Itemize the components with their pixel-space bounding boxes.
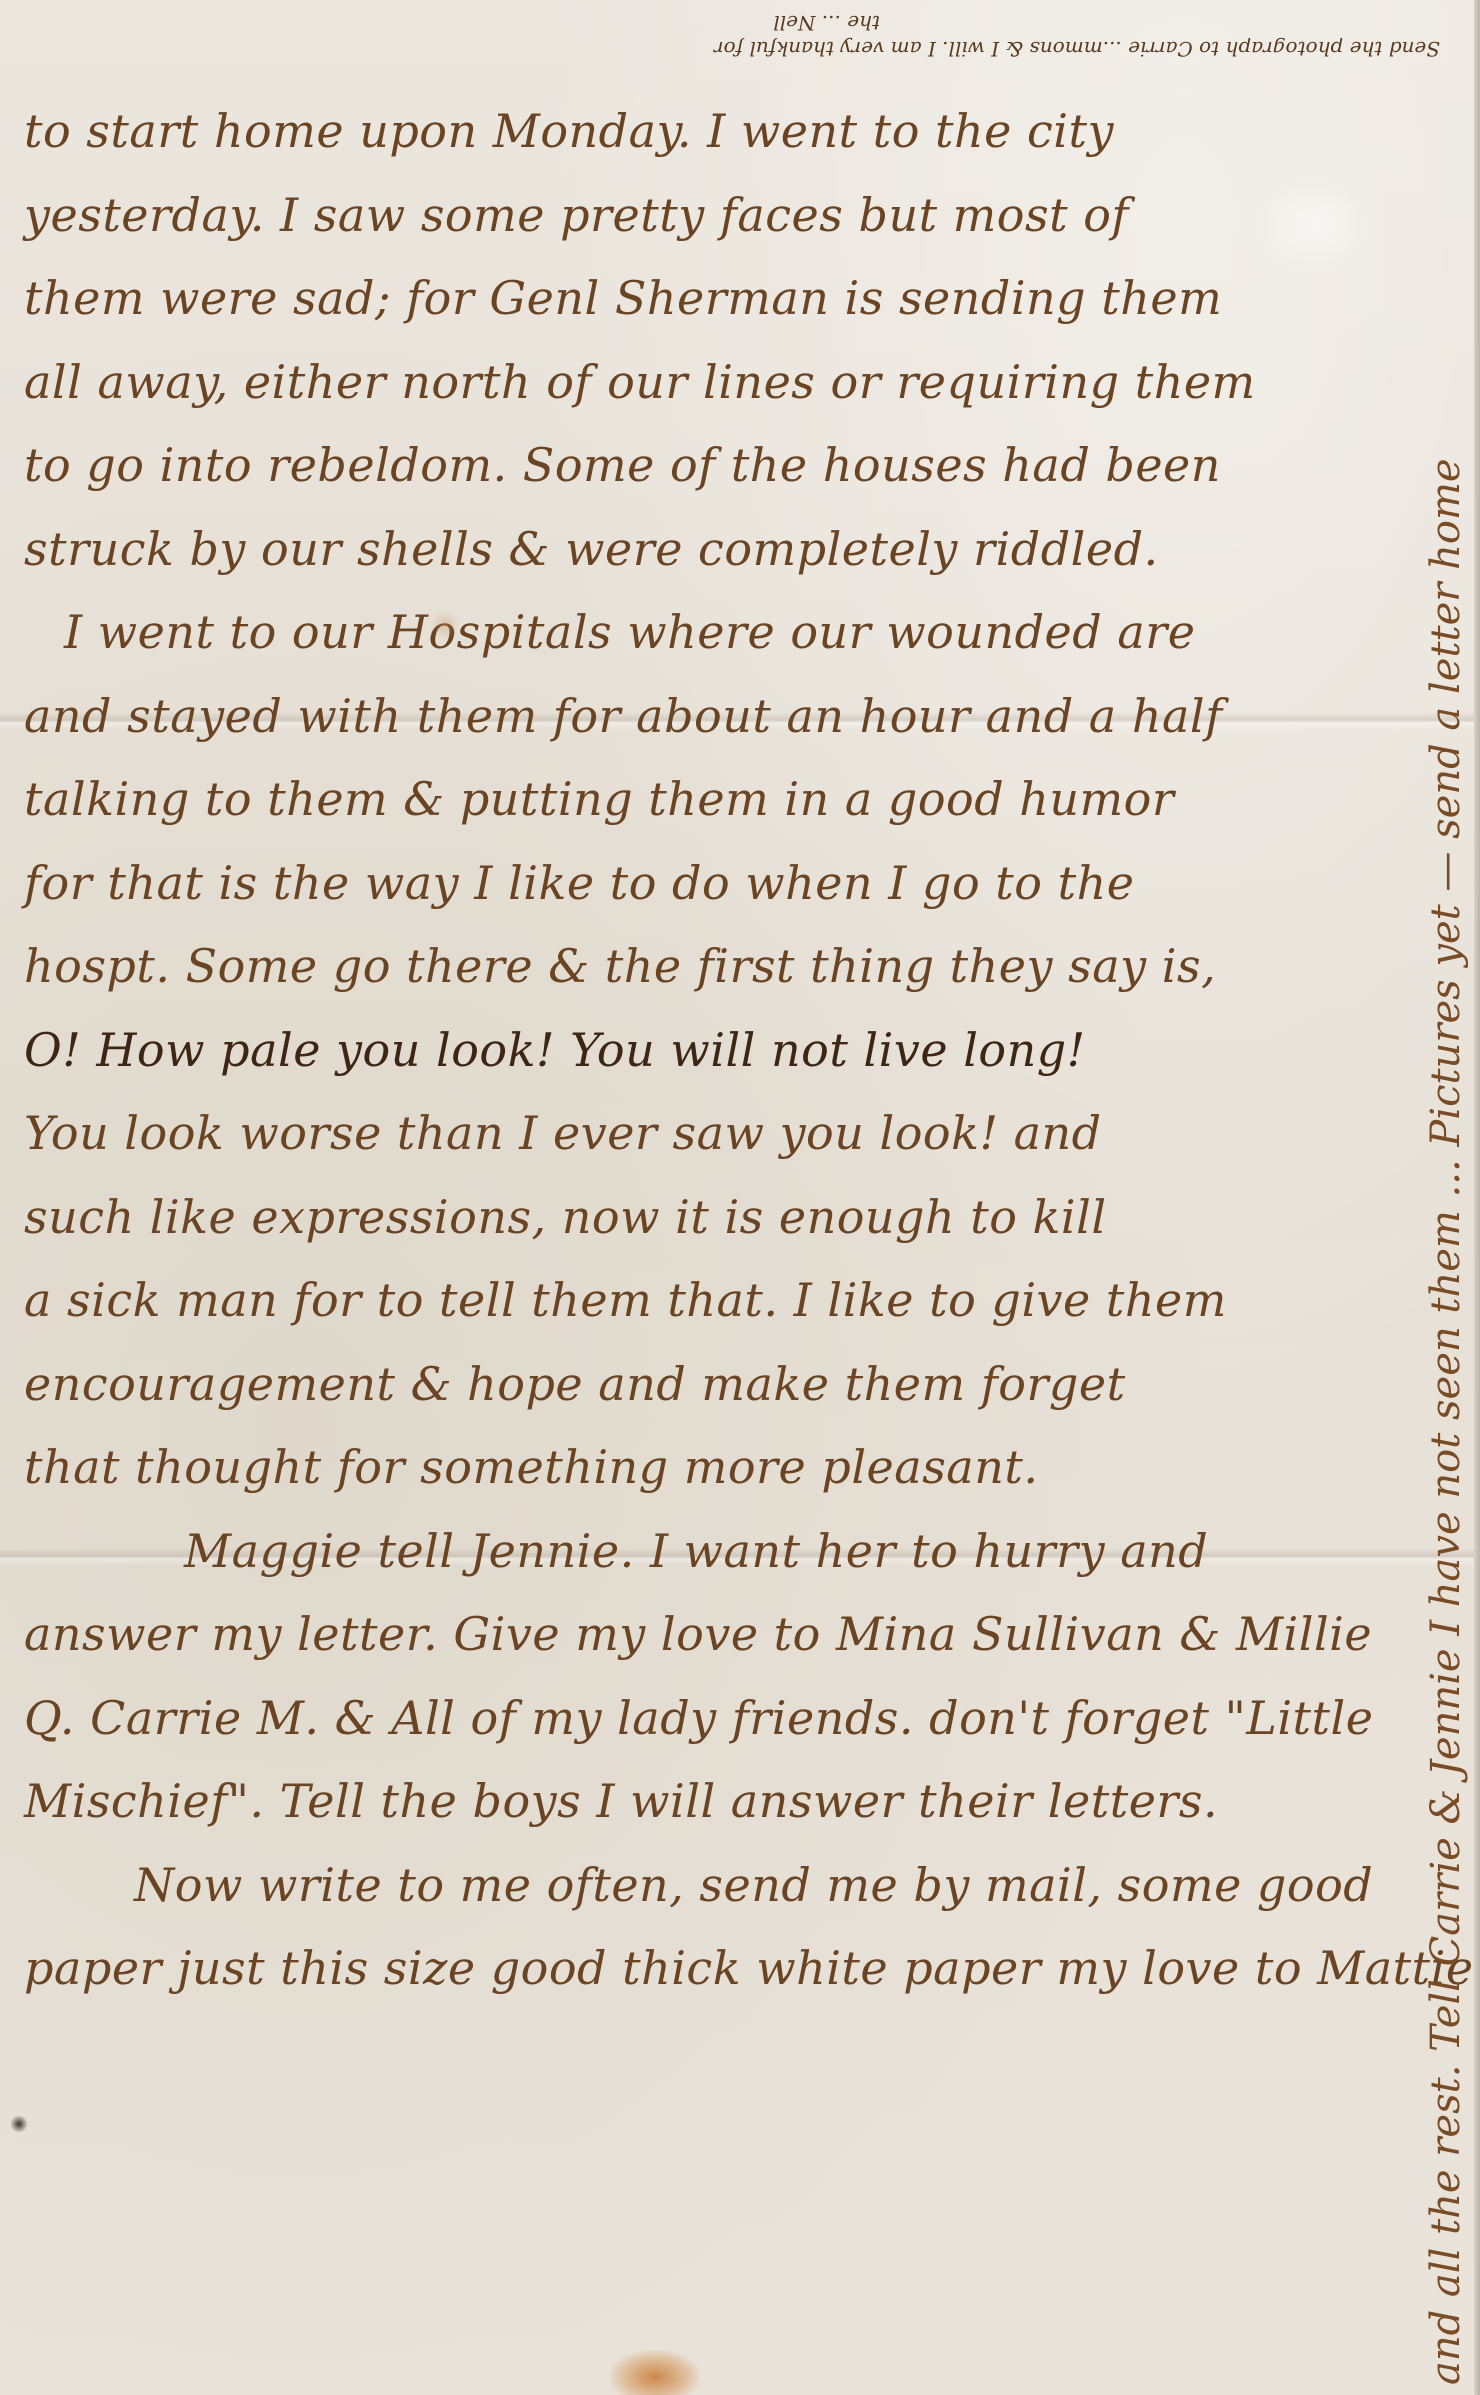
letter-page: Send the photograph to Carrie ...mmons &… bbox=[0, 0, 1480, 2395]
letter-line: encouragement & hope and make them forge… bbox=[24, 1343, 1414, 1427]
upside-down-postscript: Send the photograph to Carrie ...mmons &… bbox=[60, 10, 1440, 62]
paper-edge bbox=[1474, 0, 1480, 2395]
letter-line: to go into rebeldom. Some of the houses … bbox=[24, 424, 1414, 508]
letter-line: yesterday. I saw some pretty faces but m… bbox=[24, 174, 1414, 258]
letter-line: talking to them & putting them in a good… bbox=[24, 758, 1414, 842]
ink-blot bbox=[10, 2115, 28, 2133]
letter-line: paper just this size good thick white pa… bbox=[24, 1927, 1414, 2011]
letter-line: You look worse than I ever saw you look!… bbox=[24, 1092, 1414, 1176]
paper-spot bbox=[430, 610, 460, 640]
letter-line: for that is the way I like to do when I … bbox=[24, 842, 1414, 926]
letter-line: all away, either north of our lines or r… bbox=[24, 341, 1414, 425]
letter-line: O! How pale you look! You will not live … bbox=[24, 1009, 1414, 1093]
letter-line: I went to our Hospitals where our wounde… bbox=[24, 591, 1414, 675]
letter-line: such like expressions, now it is enough … bbox=[24, 1176, 1414, 1260]
letter-line: struck by our shells & were completely r… bbox=[24, 508, 1414, 592]
letter-line: Mischief". Tell the boys I will answer t… bbox=[24, 1760, 1414, 1844]
letter-line: Now write to me often, send me by mail, … bbox=[24, 1844, 1414, 1928]
letter-line: hospt. Some go there & the first thing t… bbox=[24, 925, 1414, 1009]
ink-stain bbox=[610, 2350, 700, 2395]
letter-line: to start home upon Monday. I went to the… bbox=[24, 90, 1414, 174]
letter-line: answer my letter. Give my love to Mina S… bbox=[24, 1593, 1414, 1677]
postscript-line-1: Send the photograph to Carrie ...mmons &… bbox=[60, 36, 1440, 62]
letter-line: them were sad; for Genl Sherman is sendi… bbox=[24, 257, 1414, 341]
letter-line: that thought for something more pleasant… bbox=[24, 1426, 1414, 1510]
right-margin-note: and all the rest. Tell Carrie & Jennie I… bbox=[1418, 85, 1474, 2395]
postscript-line-2: the ... Nell bbox=[60, 10, 1440, 36]
letter-line: a sick man for to tell them that. I like… bbox=[24, 1259, 1414, 1343]
letter-line: Maggie tell Jennie. I want her to hurry … bbox=[24, 1510, 1414, 1594]
letter-line: Q. Carrie M. & All of my lady friends. d… bbox=[24, 1677, 1414, 1761]
letter-body: to start home upon Monday. I went to the… bbox=[24, 90, 1414, 2011]
letter-line: and stayed with them for about an hour a… bbox=[24, 675, 1414, 759]
